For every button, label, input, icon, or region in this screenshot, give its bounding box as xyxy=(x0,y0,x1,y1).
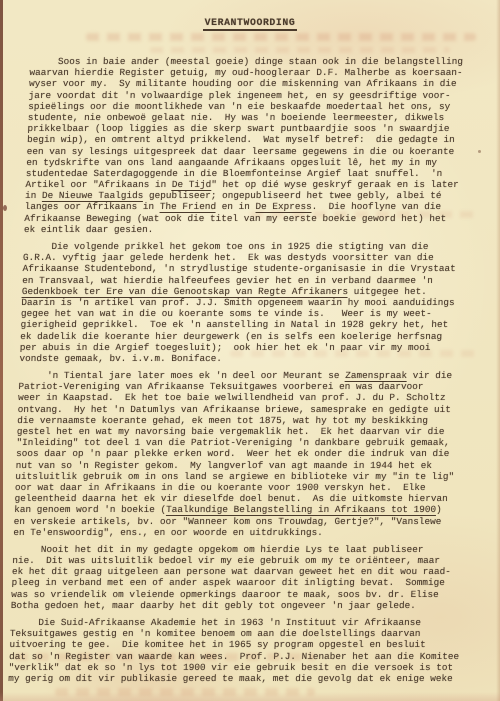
text-run: my gerig om dit vir publikasie gereed te… xyxy=(8,673,453,684)
text-line: my gerig om dit vir publikasie gereed te… xyxy=(8,673,470,684)
text-run: studentedae Saterdagoggende in die Bloem… xyxy=(26,168,443,179)
text-run: Afrikaanse Studentebond, 'n strydlustige… xyxy=(22,263,456,274)
text-line: per abuis in die Argief toegesluit); ook… xyxy=(20,342,482,353)
text-line: en tydskrifte van ons land aangaande Afr… xyxy=(26,157,488,168)
text-run: vir die xyxy=(407,370,452,381)
text-line: Afrikaanse Beweging (wat ook die titel v… xyxy=(24,213,486,224)
text-line: geleentheid daarna het ek vir dieselfde … xyxy=(14,493,476,504)
text-run: uitsluitlik gebruik om in ons land se ar… xyxy=(15,471,454,482)
text-run: die vernaamste koerante gehad, ek meen t… xyxy=(17,415,428,426)
text-run: uitgegee het. xyxy=(348,286,427,297)
paper-speck xyxy=(3,205,7,211)
text-line: Artikel oor "Afrikaans in De Tijd" het o… xyxy=(25,179,487,190)
text-run: ) xyxy=(436,504,442,515)
paragraph: Nooit het dit in my gedagte opgekom om h… xyxy=(11,544,475,611)
text-line: soos daar op 'n paar plekke erken word. … xyxy=(16,448,478,459)
text-line: Nooit het dit in my gedagte opgekom om h… xyxy=(13,544,475,555)
text-line: Daarin is 'n artikel van prof. J.J. Smit… xyxy=(21,297,483,308)
text-line: weer in Kaapstad. Ek het toe baie welwil… xyxy=(18,392,480,403)
text-run: Die volgende prikkel het gekom toe ons i… xyxy=(23,241,428,252)
text-run: weer in Kaapstad. Ek het toe baie welwil… xyxy=(18,392,446,403)
text-line: nut van so 'n Register gekom. My langver… xyxy=(16,460,478,471)
text-line: Afrikaanse Studentebond, 'n strydlustige… xyxy=(22,263,484,274)
text-run: ontvang. Hy het 'n Datumlys van Afrikaan… xyxy=(17,404,451,415)
text-run: Artikel oor "Afrikaans in xyxy=(25,179,172,190)
text-line: was so vriendelik om vleiende opmerkings… xyxy=(11,589,473,600)
text-run: nut van so 'n Register gekom. My langver… xyxy=(16,460,433,471)
text-line: ek het dit graag uitgeleen aan persone w… xyxy=(12,566,474,577)
document-body: Soos in baie ander (meestal goeie) dinge… xyxy=(8,56,492,690)
text-run: ek het dit graag uitgeleen aan persone w… xyxy=(12,566,451,577)
text-run: Soos in baie ander (meestal goeie) dinge… xyxy=(30,56,464,67)
text-run: soos daar op 'n paar plekke erken word. … xyxy=(16,448,450,459)
text-run: "verklik" dat ek so 'n lys tot 1900 vir … xyxy=(8,662,453,673)
text-line: vondste gemaak, bv. i.v.m. Boniface. xyxy=(19,353,481,364)
text-run: waarvan hierdie Register getuig, my oud-… xyxy=(29,67,463,78)
text-line: oor wat daar in Afrikaans in die ou koer… xyxy=(15,482,477,493)
text-line: in De Nieuwe Taalgids gepubliseer; ongep… xyxy=(25,190,487,201)
text-run: Botha gedoen het, maar daarby het dit ge… xyxy=(11,600,416,611)
text-run: per abuis in die Argief toegesluit); ook… xyxy=(20,342,431,353)
underlined-text: De Express xyxy=(255,201,312,213)
paragraph: 'n Tiental jare later moes ek 'n deel oo… xyxy=(13,370,481,538)
text-run: wyser voor my. Sy militante houding oor … xyxy=(29,78,457,89)
text-line: studentedae Saterdagoggende in die Bloem… xyxy=(26,168,488,179)
text-run: in xyxy=(25,190,42,201)
text-run: Afrikaanse Beweging (wat ook die titel v… xyxy=(24,213,446,224)
underlined-text: Zamenspraak xyxy=(345,370,407,382)
text-run: . Die hooflyne van die xyxy=(311,201,441,212)
text-run: spieëlings oor die moontlikhede van 'n e… xyxy=(28,101,450,112)
text-line: Die Suid-Afrikaanse Akademie het in 1963… xyxy=(10,617,472,628)
text-run: " het op dié wyse geskryf geraak en is l… xyxy=(211,179,459,190)
showthrough-smudge xyxy=(150,47,450,53)
text-run: gierigheid geprikkel. Toe ek 'n aanstell… xyxy=(20,319,448,330)
page-title: VERANTWOORDING xyxy=(203,17,298,31)
text-line: pleeg in verband met een of ander aspek … xyxy=(11,577,473,588)
text-run: nie. Dit was uitsluitlik bedoel vir my e… xyxy=(12,555,440,566)
text-run: Die Suid-Afrikaanse Akademie het in 1963… xyxy=(10,617,421,628)
text-line: uitsluitlik gebruik om in ons land se ar… xyxy=(15,471,477,482)
text-line: Botha gedoen het, maar daarby het dit ge… xyxy=(11,600,473,611)
text-line: gierigheid geprikkel. Toe ek 'n aanstell… xyxy=(20,319,482,330)
text-line: ontvang. Hy het 'n Datumlys van Afrikaan… xyxy=(17,404,479,415)
text-line: en Te'enswoordig", ens., en oor woorde e… xyxy=(13,527,475,538)
text-line: Teksuitgawes gestig en 'n komitee benoem… xyxy=(10,628,472,639)
text-line: een van sy lesings uitgespreek dat daar … xyxy=(26,146,488,157)
showthrough-smudge xyxy=(86,33,476,41)
text-line: wyser voor my. Sy militante houding oor … xyxy=(29,78,491,89)
title-row: VERANTWOORDING xyxy=(0,12,500,31)
text-run: Patriot-Vereniging van Afrikaanse Teksui… xyxy=(18,381,423,392)
text-line: prikkelbaar (loop liggies as die skerp s… xyxy=(27,123,489,134)
text-run: begin wip), en omtrent altyd prikkelend.… xyxy=(27,134,455,145)
text-run: Daarin is 'n artikel van prof. J.J. Smit… xyxy=(21,297,455,308)
text-run: 'n Tiental jare later moes ek 'n deel oo… xyxy=(19,370,346,381)
text-line: gegee het van wat in die ou koerante som… xyxy=(21,308,483,319)
text-line: uitvoering te gee. Die komitee het in 19… xyxy=(9,639,471,650)
document-page: VERANTWOORDING Soos in baie ander (meest… xyxy=(0,0,500,701)
text-line: "verklik" dat ek so 'n lys tot 1900 vir … xyxy=(8,662,470,673)
text-run: pleeg in verband met een of ander aspek … xyxy=(11,577,445,588)
text-line: "Inleiding" tot deel 1 van die Patriot-V… xyxy=(16,437,478,448)
text-run: en Te'enswoordig", ens., en oor woorde e… xyxy=(13,527,323,538)
text-line: studente, nie onbewoë gelaat nie. Hy was… xyxy=(28,112,490,123)
text-line: die vernaamste koerante gehad, ek meen t… xyxy=(17,415,479,426)
text-run: en verskeie artikels, bv. oor "Wanneer k… xyxy=(14,516,442,527)
underlined-text: Taalkundige Belangstelling in Afrikaans … xyxy=(166,504,436,516)
text-run: uitvoering te gee. Die komitee het in 19… xyxy=(9,639,426,650)
text-line: spieëlings oor die moontlikhede van 'n e… xyxy=(28,101,490,112)
underlined-text: De Nieuwe Taalgids xyxy=(42,190,144,202)
text-line: ek dadelik die koerante hier deurgewerk … xyxy=(20,331,482,342)
page-edge-right xyxy=(496,0,500,701)
text-line: langes oor Afrikaans in The Friend en in… xyxy=(25,201,487,212)
text-run: G.R.A. vyftig jaar gelede herdenk het. E… xyxy=(23,252,434,263)
text-line: Patriot-Vereniging van Afrikaanse Teksui… xyxy=(18,381,480,392)
text-run: een van sy lesings uitgespreek dat daar … xyxy=(26,146,454,157)
text-line: en verskeie artikels, bv. oor "Wanneer k… xyxy=(14,516,476,527)
text-line: 'n Tiental jare later moes ek 'n deel oo… xyxy=(19,370,481,381)
underlined-text: The Friend xyxy=(160,201,217,213)
page-edge-left xyxy=(0,0,3,701)
text-run: studente, nie onbewoë gelaat nie. Hy was… xyxy=(28,112,445,123)
text-line: gestel het en wat my navorsing baie verg… xyxy=(17,426,479,437)
text-line: ek eintlik daar gesien. xyxy=(24,224,486,235)
text-run: gepubliseer; ongepubliseerd het twee geb… xyxy=(143,190,442,201)
text-run: Nooit het dit in my gedagte opgekom om h… xyxy=(13,544,424,555)
underlined-text: Gedenkboek ter Ere van die Genootskap va… xyxy=(22,286,349,298)
text-run: gegee het van wat in die ou koerante som… xyxy=(21,308,432,319)
text-line: begin wip), en omtrent altyd prikkelend.… xyxy=(27,134,489,145)
text-run: ek dadelik die koerante hier deurgewerk … xyxy=(20,331,442,342)
text-line: G.R.A. vyftig jaar gelede herdenk het. E… xyxy=(23,252,485,263)
text-line: nie. Dit was uitsluitlik bedoel vir my e… xyxy=(12,555,474,566)
text-run: Teksuitgawes gestig en 'n komitee benoem… xyxy=(10,628,421,639)
text-run: en in xyxy=(216,201,256,212)
text-line: jare voordat dit 'n volwaardige plek ing… xyxy=(28,90,490,101)
text-run: geleentheid daarna het ek vir dieselfde … xyxy=(14,493,448,504)
paragraph: Die volgende prikkel het gekom toe ons i… xyxy=(19,241,485,364)
text-run: kan genoem word 'n boekie ( xyxy=(14,504,166,515)
text-run: ek eintlik daar gesien. xyxy=(24,224,154,235)
text-line: dat so 'n Register van waarde kan wees. … xyxy=(9,651,471,662)
text-run: gestel het en wat my navorsing baie verg… xyxy=(17,426,445,437)
text-line: waarvan hierdie Register getuig, my oud-… xyxy=(29,67,491,78)
text-line: Die volgende prikkel het gekom toe ons i… xyxy=(23,241,485,252)
text-line: Gedenkboek ter Ere van die Genootskap va… xyxy=(22,286,484,297)
underlined-text: De Tijd xyxy=(172,179,212,191)
paragraph: Die Suid-Afrikaanse Akademie het in 1963… xyxy=(8,617,472,684)
paragraph: Soos in baie ander (meestal goeie) dinge… xyxy=(24,56,492,235)
text-run: dat so 'n Register van waarde kan wees. … xyxy=(9,651,459,662)
text-line: en Transvaal, wat hierdie halfeeufees ge… xyxy=(22,275,484,286)
text-run: oor wat daar in Afrikaans in die ou koer… xyxy=(15,482,426,493)
text-run: prikkelbaar (loop liggies as die skerp s… xyxy=(27,123,449,134)
text-run: en Transvaal, wat hierdie halfeeufees ge… xyxy=(22,275,433,286)
text-line: kan genoem word 'n boekie (Taalkundige B… xyxy=(14,504,476,515)
text-run: jare voordat dit 'n volwaardige plek ing… xyxy=(28,90,450,101)
text-run: en tydskrifte van ons land aangaande Afr… xyxy=(26,157,437,168)
text-run: was so vriendelik om vleiende opmerkings… xyxy=(11,589,439,600)
text-run: vondste gemaak, bv. i.v.m. Boniface. xyxy=(19,353,222,364)
text-line: Soos in baie ander (meestal goeie) dinge… xyxy=(30,56,492,67)
text-run: "Inleiding" tot deel 1 van die Patriot-V… xyxy=(16,437,450,448)
text-run: langes oor Afrikaans in xyxy=(25,201,160,212)
